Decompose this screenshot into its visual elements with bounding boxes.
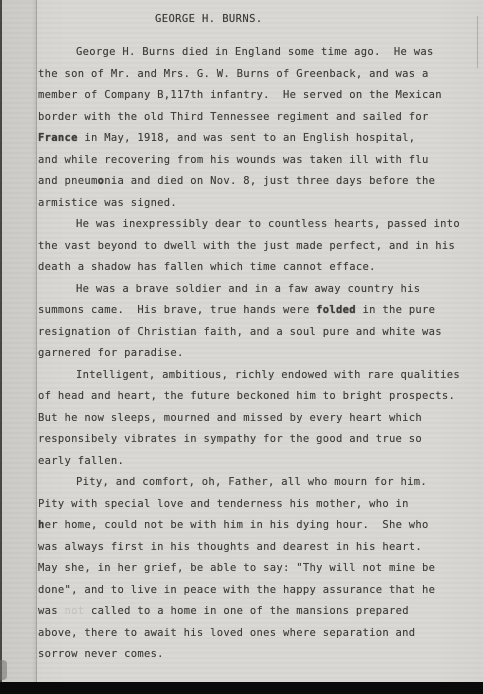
text-segment: He was a brave soldier and in a faw away… xyxy=(76,283,420,295)
text-line: summons came. His brave, true hands were… xyxy=(38,300,479,322)
scanned-document-page: GEORGE H. BURNS. George H. Burns died in… xyxy=(0,0,483,694)
text-segment: resignation of Christian faith, and a so… xyxy=(38,326,442,338)
document-content: GEORGE H. BURNS. George H. Burns died in… xyxy=(38,12,479,666)
text-line: garnered for paradise. xyxy=(38,343,479,365)
text-segment: France xyxy=(38,132,78,144)
text-line: George H. Burns died in England some tim… xyxy=(38,42,479,64)
document-title: GEORGE H. BURNS. xyxy=(155,12,479,33)
text-line: Pity with special love and tenderness hi… xyxy=(38,494,479,516)
text-line: But he now sleeps, mourned and missed by… xyxy=(38,408,479,430)
text-line: done", and to live in peace with the hap… xyxy=(38,580,479,602)
text-segment: Intelligent, ambitious, richly endowed w… xyxy=(76,369,460,381)
text-segment: He was inexpressibly dear to countless h… xyxy=(76,218,460,230)
text-segment: not xyxy=(65,605,85,617)
text-line: death a shadow has fallen which time can… xyxy=(38,257,479,279)
text-line: was not called to a home in one of the m… xyxy=(38,601,479,623)
text-line: member of Company B,117th infantry. He s… xyxy=(38,85,479,107)
text-segment: above, there to await his loved ones whe… xyxy=(38,627,415,639)
text-segment: But he now sleeps, mourned and missed by… xyxy=(38,412,422,424)
text-segment: and while recovering from his wounds was… xyxy=(38,154,429,166)
text-line: armistice was signed. xyxy=(38,193,479,215)
text-line: her home, could not be with him in his d… xyxy=(38,515,479,537)
text-segment: summons came. His brave, true hands were xyxy=(38,304,316,316)
text-segment: armistice was signed. xyxy=(38,197,177,209)
text-segment: and pneum xyxy=(38,175,98,187)
text-segment: responsibely vibrates in sympathy for th… xyxy=(38,433,422,445)
text-line: of head and heart, the future beckoned h… xyxy=(38,386,479,408)
text-segment: called to a home in one of the mansions … xyxy=(84,605,408,617)
text-segment: Pity, and comfort, oh, Father, all who m… xyxy=(76,476,427,488)
text-segment: was xyxy=(38,605,65,617)
text-line: was always first in his thoughts and dea… xyxy=(38,537,479,559)
text-line: He was a brave soldier and in a faw away… xyxy=(38,279,479,301)
text-line: the son of Mr. and Mrs. G. W. Burns of G… xyxy=(38,64,479,86)
text-segment: nia and died on Nov. 8, just three days … xyxy=(104,175,435,187)
scan-smudge xyxy=(0,660,7,680)
text-line: and while recovering from his wounds was… xyxy=(38,150,479,172)
text-segment: sorrow never comes. xyxy=(38,648,164,660)
text-line: Pity, and comfort, oh, Father, all who m… xyxy=(38,472,479,494)
text-segment: Pity with special love and tenderness hi… xyxy=(38,498,409,510)
text-segment: was always first in his thoughts and dea… xyxy=(38,541,422,553)
text-segment: May she, in her grief, be able to say: "… xyxy=(38,562,435,574)
text-segment: in the pure xyxy=(356,304,435,316)
text-line: border with the old Third Tennessee regi… xyxy=(38,107,479,129)
page-left-margin xyxy=(0,0,37,694)
page-left-edge xyxy=(0,0,2,694)
text-segment: George H. Burns died in England some tim… xyxy=(76,46,434,58)
text-segment: the son of Mr. and Mrs. G. W. Burns of G… xyxy=(38,68,429,80)
document-body: George H. Burns died in England some tim… xyxy=(38,42,479,666)
text-segment: death a shadow has fallen which time can… xyxy=(38,261,376,273)
text-line: France in May, 1918, and was sent to an … xyxy=(38,128,479,150)
text-segment: er home, could not be with him in his dy… xyxy=(45,519,429,531)
text-line: May she, in her grief, be able to say: "… xyxy=(38,558,479,580)
text-line: resignation of Christian faith, and a so… xyxy=(38,322,479,344)
text-line: Intelligent, ambitious, richly endowed w… xyxy=(38,365,479,387)
text-segment: h xyxy=(38,519,45,531)
text-line: He was inexpressibly dear to countless h… xyxy=(38,214,479,236)
text-line: responsibely vibrates in sympathy for th… xyxy=(38,429,479,451)
text-segment: garnered for paradise. xyxy=(38,347,184,359)
text-line: above, there to await his loved ones whe… xyxy=(38,623,479,645)
text-segment: in May, 1918, and was sent to an English… xyxy=(78,132,416,144)
text-segment: of head and heart, the future beckoned h… xyxy=(38,390,455,402)
text-segment: the vast beyond to dwell with the just m… xyxy=(38,240,455,252)
text-line: early fallen. xyxy=(38,451,479,473)
text-line: and pneumonia and died on Nov. 8, just t… xyxy=(38,171,479,193)
scan-bottom-bar xyxy=(0,682,483,694)
text-segment: member of Company B,117th infantry. He s… xyxy=(38,89,442,101)
text-segment: border with the old Third Tennessee regi… xyxy=(38,111,429,123)
text-line: the vast beyond to dwell with the just m… xyxy=(38,236,479,258)
text-segment: early fallen. xyxy=(38,455,124,467)
text-segment: folded xyxy=(316,304,356,316)
text-segment: done", and to live in peace with the hap… xyxy=(38,584,435,596)
text-line: sorrow never comes. xyxy=(38,644,479,666)
